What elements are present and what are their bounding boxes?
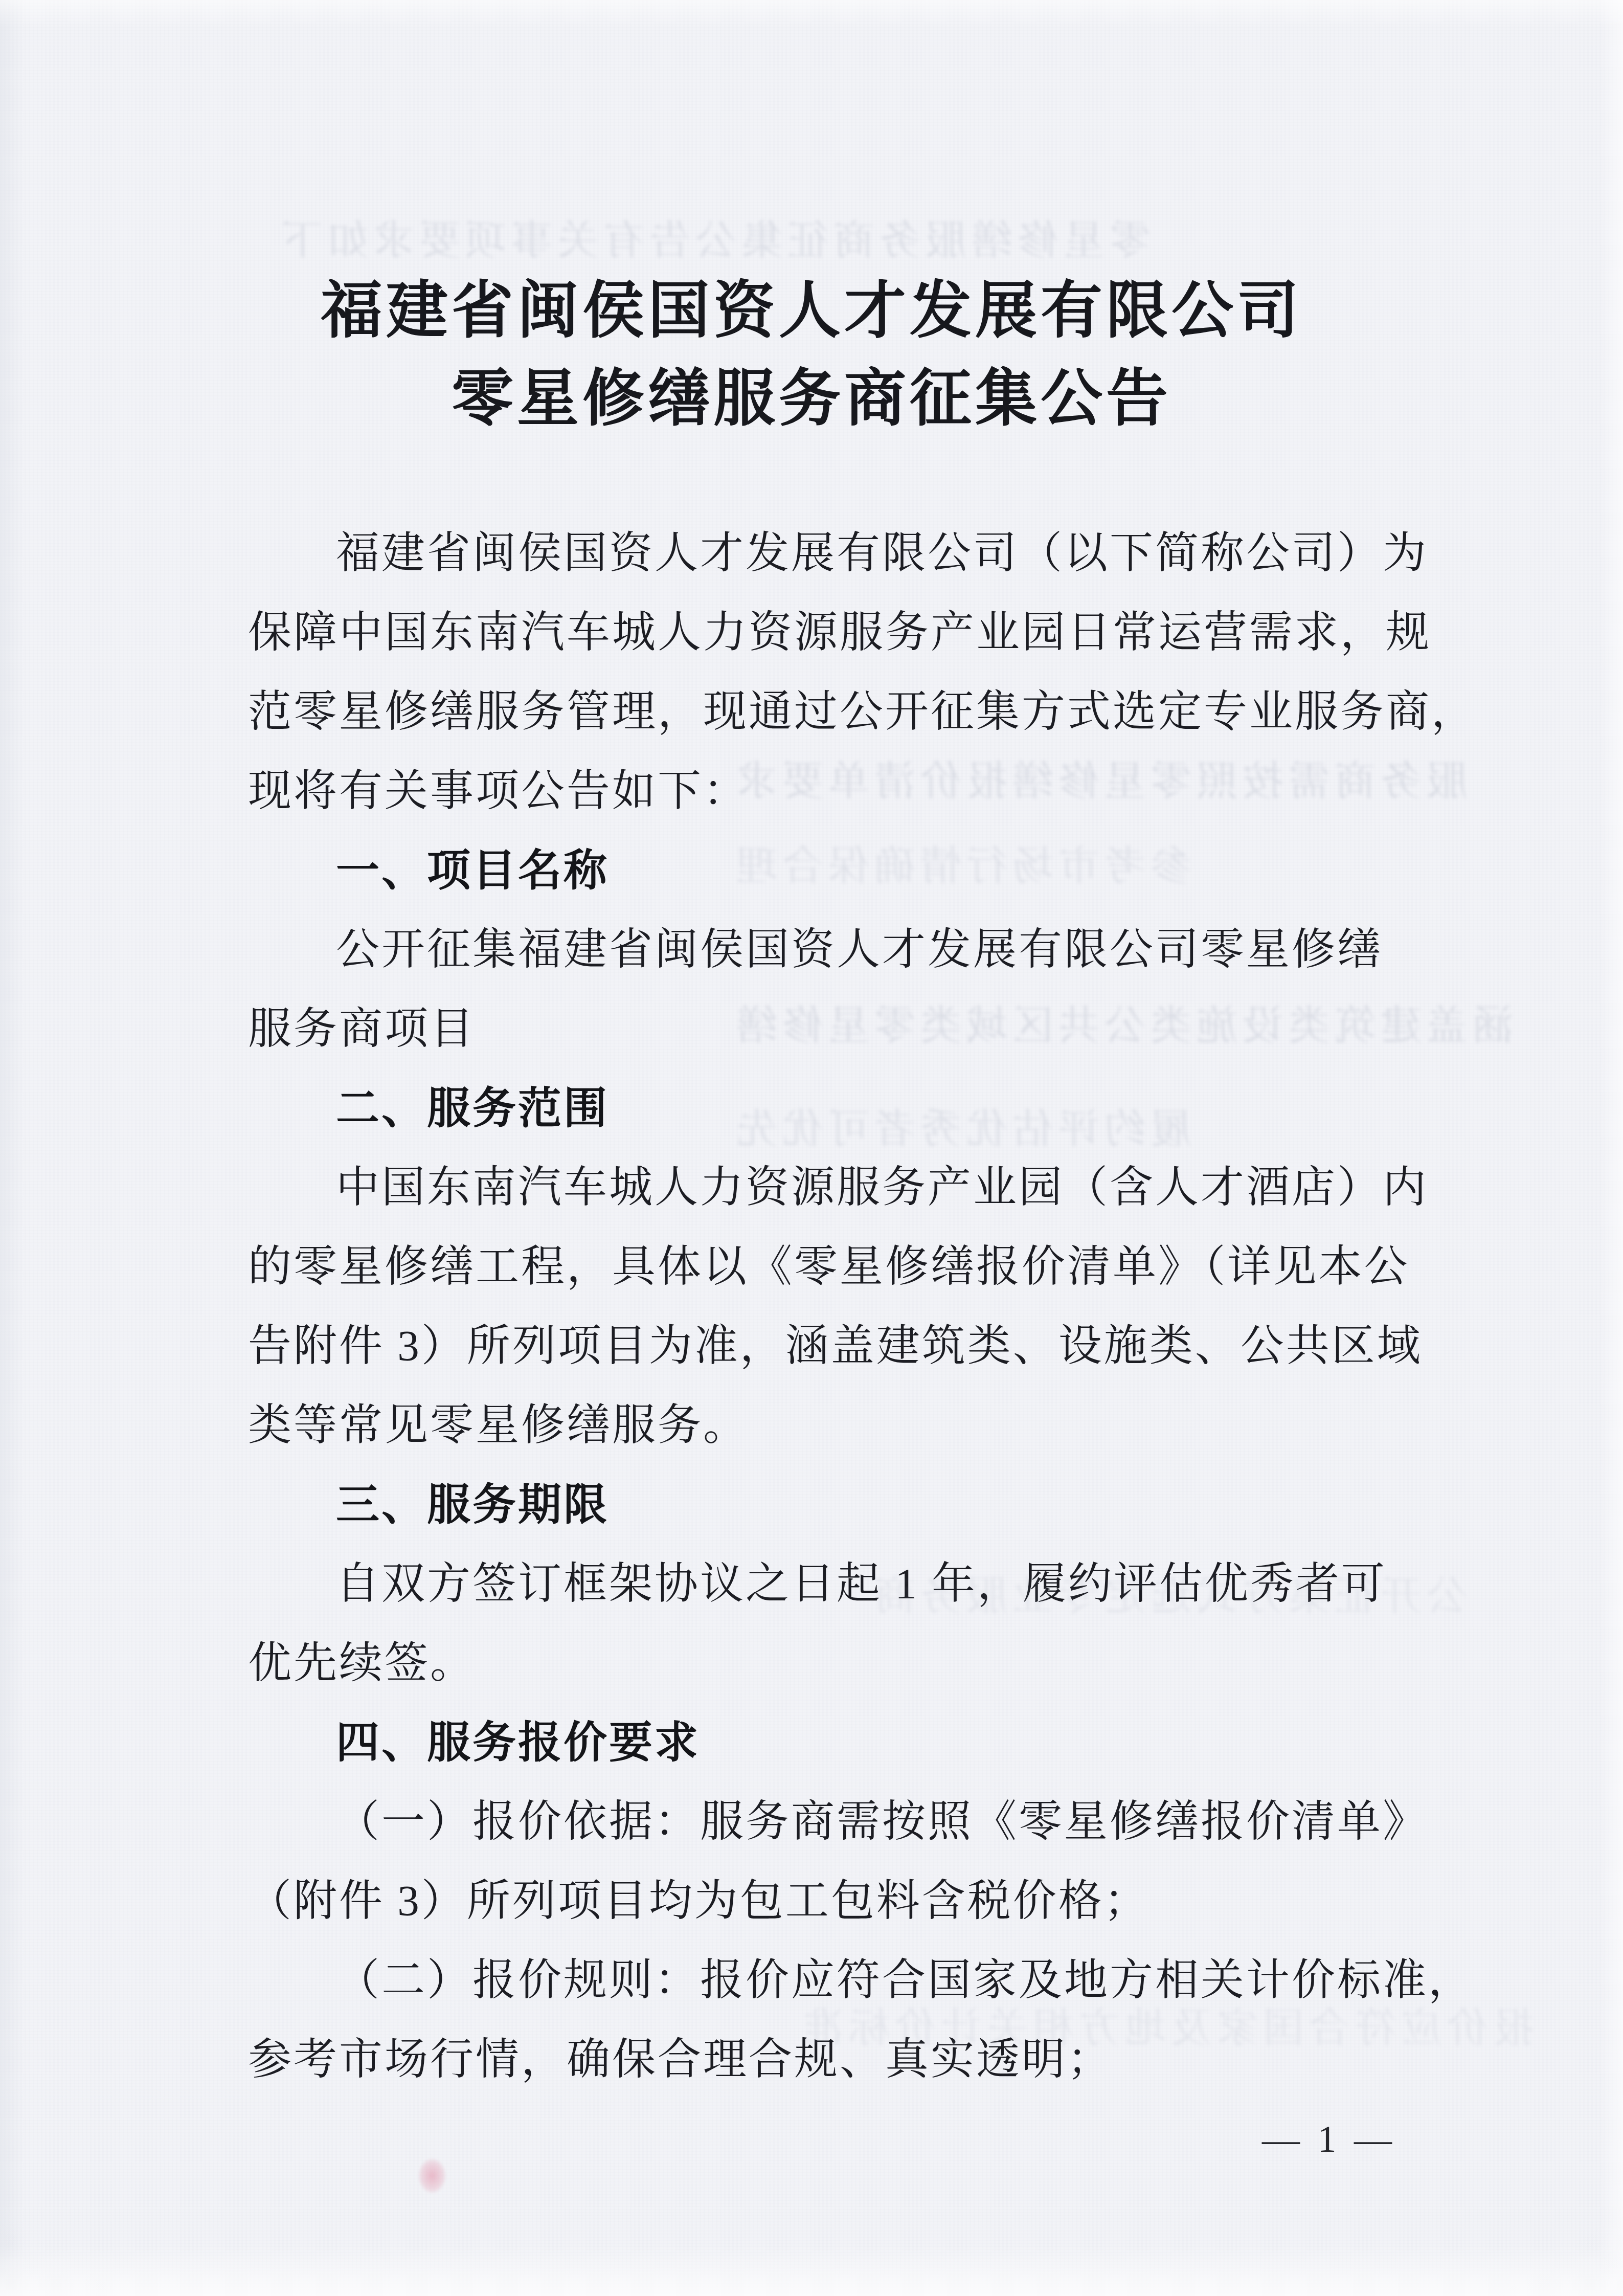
section-heading-line: 三、服务期限: [248, 1465, 1396, 1545]
text-line: 现将有关事项公告如下：: [248, 752, 1396, 831]
text-line: 服务商项目: [248, 990, 1396, 1069]
bleedthrough-line: 零星修缮服务商征集公告有关事项要求如下: [276, 207, 1151, 266]
text-line: 参考市场行情，确保合理合规、真实透明；: [248, 2020, 1396, 2100]
document-title: 福建省闽侯国资人才发展有限公司零星修缮服务商征集公告: [0, 267, 1623, 443]
text-line: 告附件 3）所列项目为准，涵盖建筑类、设施类、公共区域: [248, 1307, 1396, 1386]
text-line: 类等常见零星修缮服务。: [248, 1386, 1396, 1465]
section-heading-line: 四、服务报价要求: [248, 1703, 1396, 1782]
text-line: 公开征集福建省闽侯国资人才发展有限公司零星修缮: [248, 910, 1396, 990]
text-line: 福建省闽侯国资人才发展有限公司（以下简称公司）为: [248, 514, 1396, 593]
document-title-line-1: 福建省闽侯国资人才发展有限公司: [0, 267, 1623, 355]
scanned-document-page: 福建省闽侯国资人才发展有限公司零星修缮服务商征集公告 福建省闽侯国资人才发展有限…: [0, 0, 1623, 2296]
text-line: 范零星修缮服务管理，现通过公开征集方式选定专业服务商，: [248, 673, 1396, 752]
document-title-line-2: 零星修缮服务商征集公告: [0, 355, 1623, 443]
text-line: （一）报价依据：服务商需按照《零星修缮报价清单》: [248, 1782, 1396, 1862]
text-line: （二）报价规则：报价应符合国家及地方相关计价标准，: [248, 1941, 1396, 2020]
section-heading-line: 一、项目名称: [248, 831, 1396, 910]
section-heading-line: 二、服务范围: [248, 1069, 1396, 1148]
page-number: — 1 —: [248, 2111, 1396, 2168]
text-line: 中国东南汽车城人力资源服务产业园（含人才酒店）内: [248, 1148, 1396, 1228]
document-body: 福建省闽侯国资人才发展有限公司（以下简称公司）为保障中国东南汽车城人力资源服务产…: [248, 514, 1396, 2100]
text-line: （附件 3）所列项目均为包工包料含税价格；: [248, 1862, 1396, 1941]
text-line: 自双方签订框架协议之日起 1 年，履约评估优秀者可: [248, 1545, 1396, 1624]
text-line: 优先续签。: [248, 1624, 1396, 1703]
text-line: 的零星修缮工程，具体以《零星修缮报价清单》（详见本公: [248, 1228, 1396, 1307]
text-line: 保障中国东南汽车城人力资源服务产业园日常运营需求，规: [248, 593, 1396, 673]
